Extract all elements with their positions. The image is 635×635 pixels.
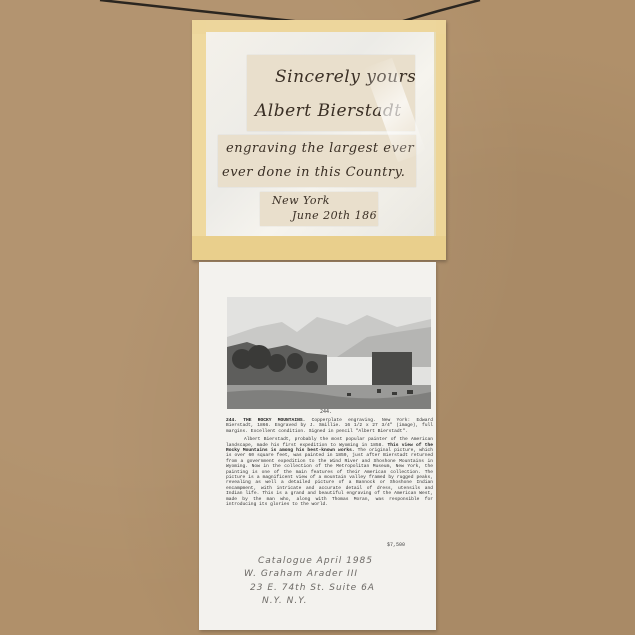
note-line-1: engraving the largest ever done xyxy=(226,141,416,156)
pencil-note-2: W. Graham Arader III xyxy=(244,569,358,579)
catalog-entry: 244. THE ROCKY MOUNTAINS. Copperplate en… xyxy=(226,418,433,511)
pencil-note-3: 23 E. 74th St. Suite 6A xyxy=(250,583,375,593)
tape-bottom xyxy=(192,236,446,260)
engraving-illustration xyxy=(227,297,431,409)
pencil-note-1: Catalogue April 1985 xyxy=(258,556,373,566)
price-label: $7,500 xyxy=(387,542,405,548)
date-slip: New York June 20th 1867 xyxy=(260,192,378,226)
tape-right xyxy=(436,20,446,260)
tape-left xyxy=(192,20,206,260)
pencil-note-4: N.Y. N.Y. xyxy=(262,596,307,606)
entry-description: The original picture, which is over 60 s… xyxy=(226,448,433,507)
date-text: June 20th 1867 xyxy=(292,209,378,222)
image-caption: 244. xyxy=(320,409,332,415)
note-slip: engraving the largest ever done ever don… xyxy=(218,135,416,187)
note-line-2: ever done in this Country. xyxy=(222,165,405,180)
place-text: New York xyxy=(272,194,330,207)
